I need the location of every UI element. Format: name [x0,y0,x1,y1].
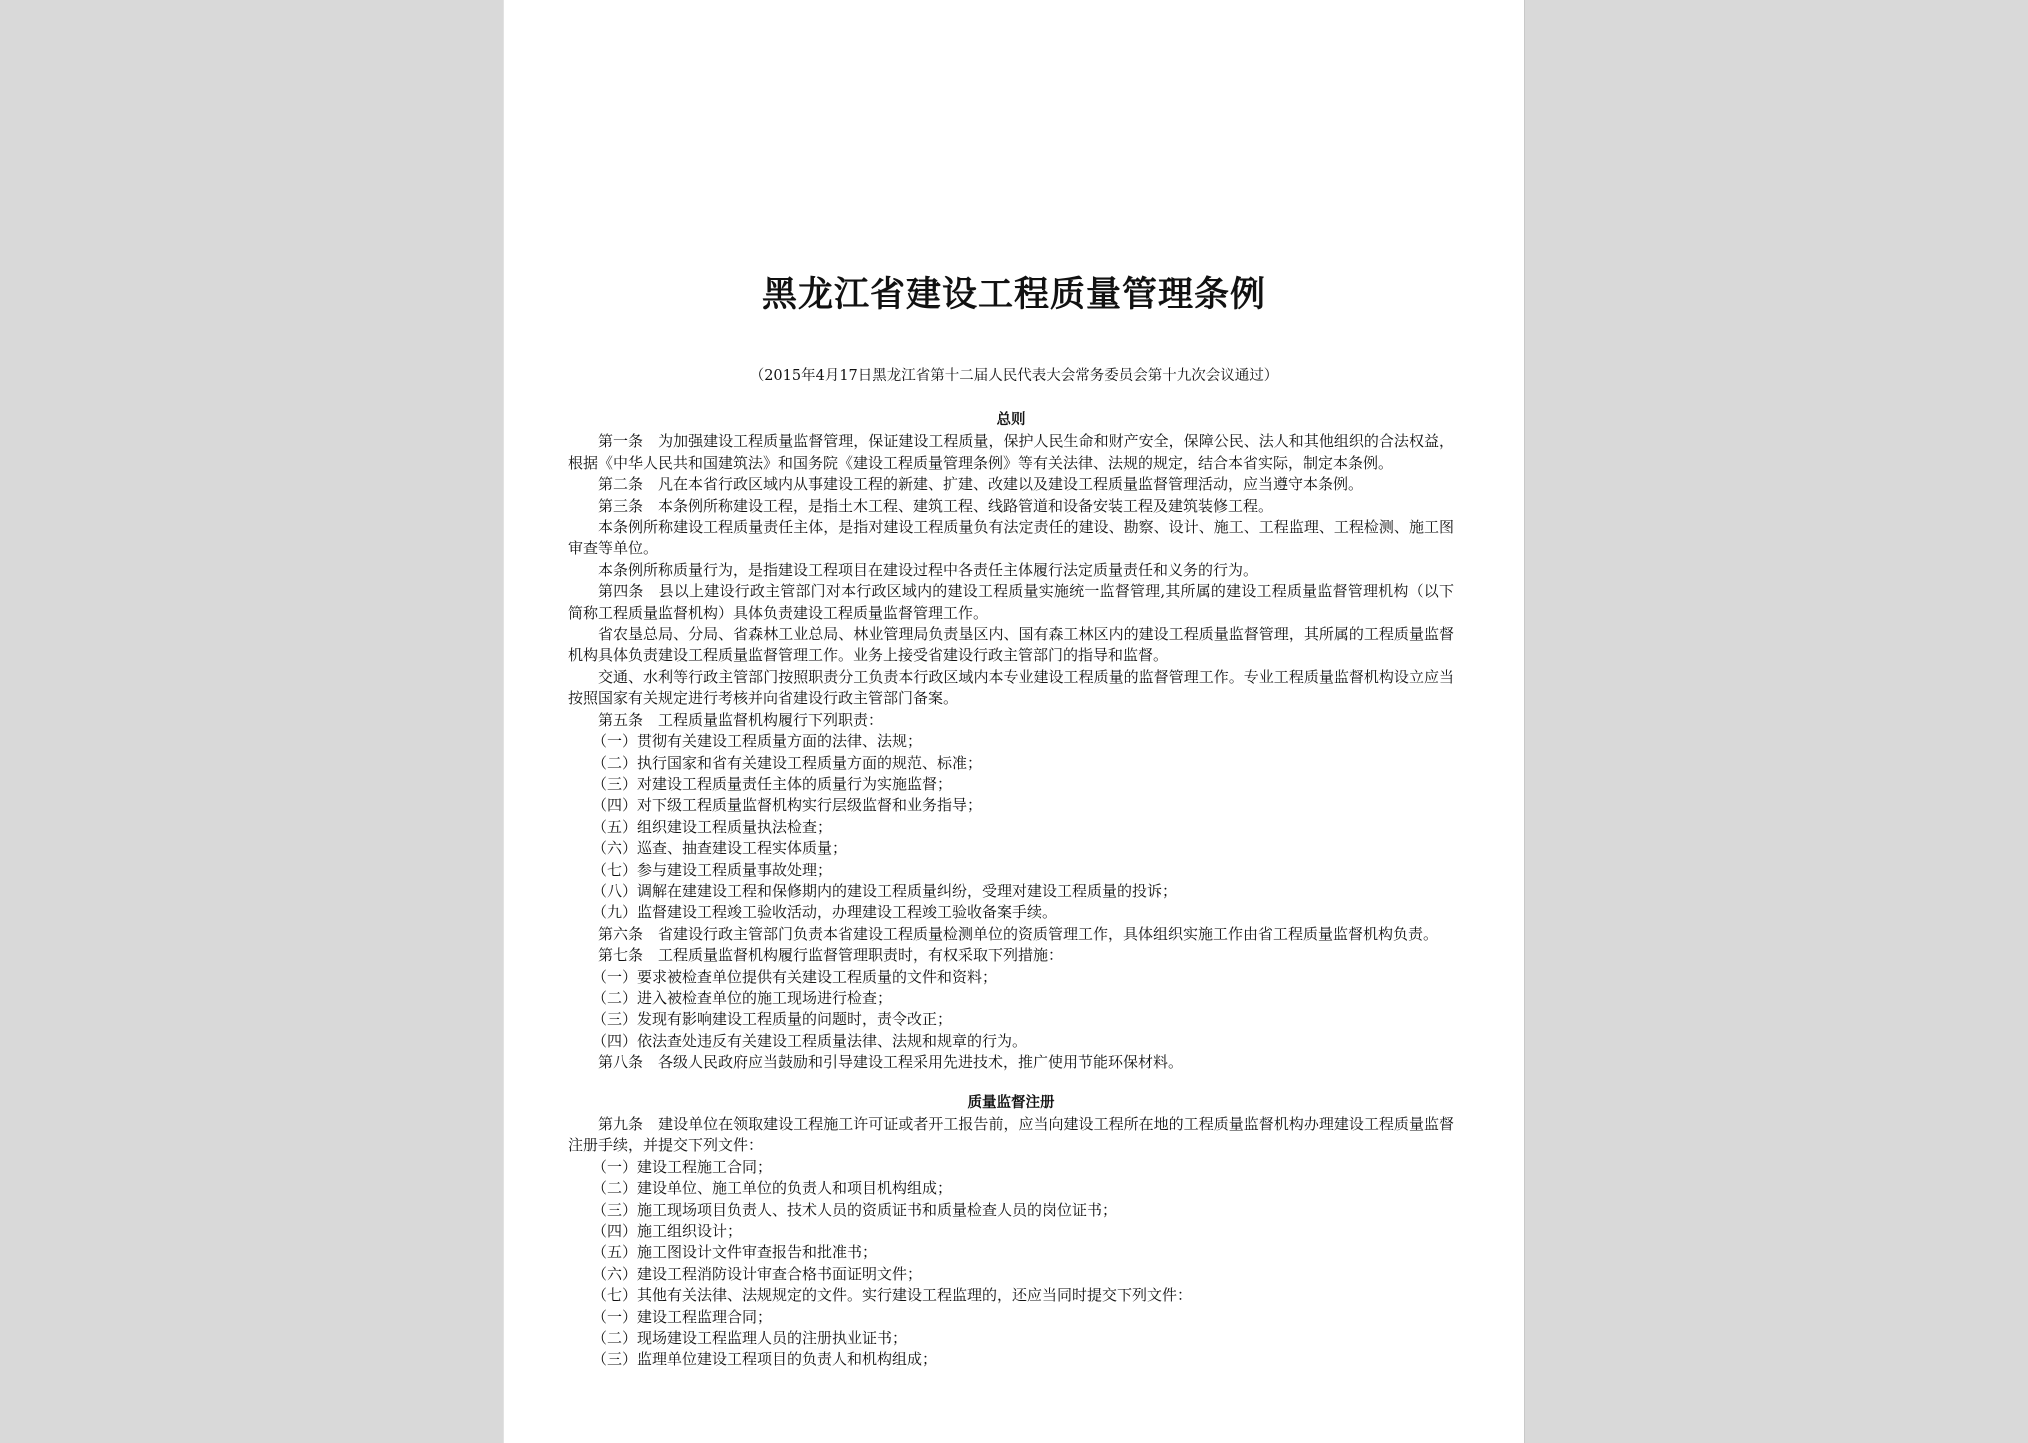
article-text: 本条例所称建设工程，是指土木工程、建筑工程、线路管道和设备安装工程及建筑装修工程… [658,497,1273,515]
list-item: （一）建设工程监理合同； [568,1307,1454,1328]
article-9: 第九条建设单位在领取建设工程施工许可证或者开工报告前，应当向建设工程所在地的工程… [568,1114,1454,1157]
article-text: 各级人民政府应当鼓励和引导建设工程采用先进技术，推广使用节能环保材料。 [658,1053,1183,1071]
document-page: 黑龙江省建设工程质量管理条例 （2015年4月17日黑龙江省第十二届人民代表大会… [503,0,1525,1443]
list-item: （三）对建设工程质量责任主体的质量行为实施监督； [568,774,1454,795]
list-item: （五）组织建设工程质量执法检查； [568,817,1454,838]
article-text: 工程质量监督机构履行下列职责： [658,711,883,729]
list-item: （一）建设工程施工合同； [568,1157,1454,1178]
list-item: （二）建设单位、施工单位的负责人和项目机构组成； [568,1178,1454,1199]
list-item: （六）巡查、抽查建设工程实体质量； [568,838,1454,859]
article-1: 第一条为加强建设工程质量监督管理，保证建设工程质量，保护人民生命和财产安全，保障… [568,431,1454,474]
list-item: （二）进入被检查单位的施工现场进行检查； [568,988,1454,1009]
article-text: 凡在本省行政区域内从事建设工程的新建、扩建、改建以及建设工程质量监督管理活动，应… [658,475,1363,493]
list-item: （五）施工图设计文件审查报告和批准书； [568,1242,1454,1263]
article-label: 第四条 [598,582,644,600]
section-heading-general: 总则 [568,410,1454,431]
section-heading-quality-registration: 质量监督注册 [568,1093,1454,1114]
list-item: （七）其他有关法律、法规规定的文件。实行建设工程监理的，还应当同时提交下列文件： [568,1285,1454,1306]
list-item: （三）施工现场项目负责人、技术人员的资质证书和质量检查人员的岗位证书； [568,1200,1454,1221]
article-text: 为加强建设工程质量监督管理，保证建设工程质量，保护人民生命和财产安全，保障公民、… [568,432,1454,471]
article-8: 第八条各级人民政府应当鼓励和引导建设工程采用先进技术，推广使用节能环保材料。 [568,1052,1454,1073]
article-label: 第六条 [598,925,643,943]
article-label: 第二条 [598,475,643,493]
paragraph: 省农垦总局、分局、省森林工业总局、林业管理局负责垦区内、国有森工林区内的建设工程… [568,624,1454,667]
article-4: 第四条县以上建设行政主管部门对本行政区域内的建设工程质量实施统一监督管理,其所属… [568,581,1454,624]
list-item: （八）调解在建建设工程和保修期内的建设工程质量纠纷，受理对建设工程质量的投诉； [568,881,1454,902]
document-body: 总则 第一条为加强建设工程质量监督管理，保证建设工程质量，保护人民生命和财产安全… [568,410,1454,1371]
article-text: 建设单位在领取建设工程施工许可证或者开工报告前，应当向建设工程所在地的工程质量监… [568,1115,1454,1154]
article-label: 第三条 [598,497,643,515]
list-item: （三）发现有影响建设工程质量的问题时，责令改正； [568,1009,1454,1030]
list-item: （四）对下级工程质量监督机构实行层级监督和业务指导； [568,795,1454,816]
paragraph: 本条例所称质量行为，是指建设工程项目在建设过程中各责任主体履行法定质量责任和义务… [568,560,1454,581]
article-text: 省建设行政主管部门负责本省建设工程质量检测单位的资质管理工作，具体组织实施工作由… [658,925,1438,943]
article-3: 第三条本条例所称建设工程，是指土木工程、建筑工程、线路管道和设备安装工程及建筑装… [568,496,1454,517]
list-item: （九）监督建设工程竣工验收活动，办理建设工程竣工验收备案手续。 [568,902,1454,923]
article-label: 第五条 [598,711,643,729]
article-label: 第八条 [598,1053,643,1071]
list-item: （四）施工组织设计； [568,1221,1454,1242]
article-text: 工程质量监督机构履行监督管理职责时，有权采取下列措施： [658,946,1063,964]
list-item: （二）执行国家和省有关建设工程质量方面的规范、标准； [568,753,1454,774]
article-6: 第六条省建设行政主管部门负责本省建设工程质量检测单位的资质管理工作，具体组织实施… [568,924,1454,945]
article-label: 第一条 [598,432,643,450]
article-2: 第二条凡在本省行政区域内从事建设工程的新建、扩建、改建以及建设工程质量监督管理活… [568,474,1454,495]
article-text: 县以上建设行政主管部门对本行政区域内的建设工程质量实施统一监督管理,其所属的建设… [568,582,1454,621]
document-title: 黑龙江省建设工程质量管理条例 [504,270,1524,320]
article-label: 第七条 [598,946,643,964]
paragraph: 本条例所称建设工程质量责任主体，是指对建设工程质量负有法定责任的建设、勘察、设计… [568,517,1454,560]
document-subtitle: （2015年4月17日黑龙江省第十二届人民代表大会常务委员会第十九次会议通过） [504,366,1524,386]
paragraph: 交通、水利等行政主管部门按照职责分工负责本行政区域内本专业建设工程质量的监督管理… [568,667,1454,710]
list-item: （六）建设工程消防设计审查合格书面证明文件； [568,1264,1454,1285]
list-item: （七）参与建设工程质量事故处理； [568,860,1454,881]
list-item: （一）要求被检查单位提供有关建设工程质量的文件和资料； [568,967,1454,988]
list-item: （二）现场建设工程监理人员的注册执业证书； [568,1328,1454,1349]
article-label: 第九条 [598,1115,643,1133]
article-7: 第七条工程质量监督机构履行监督管理职责时，有权采取下列措施： [568,945,1454,966]
article-5: 第五条工程质量监督机构履行下列职责： [568,710,1454,731]
list-item: （四）依法查处违反有关建设工程质量法律、法规和规章的行为。 [568,1031,1454,1052]
list-item: （一）贯彻有关建设工程质量方面的法律、法规； [568,731,1454,752]
list-item: （三）监理单位建设工程项目的负责人和机构组成； [568,1349,1454,1370]
